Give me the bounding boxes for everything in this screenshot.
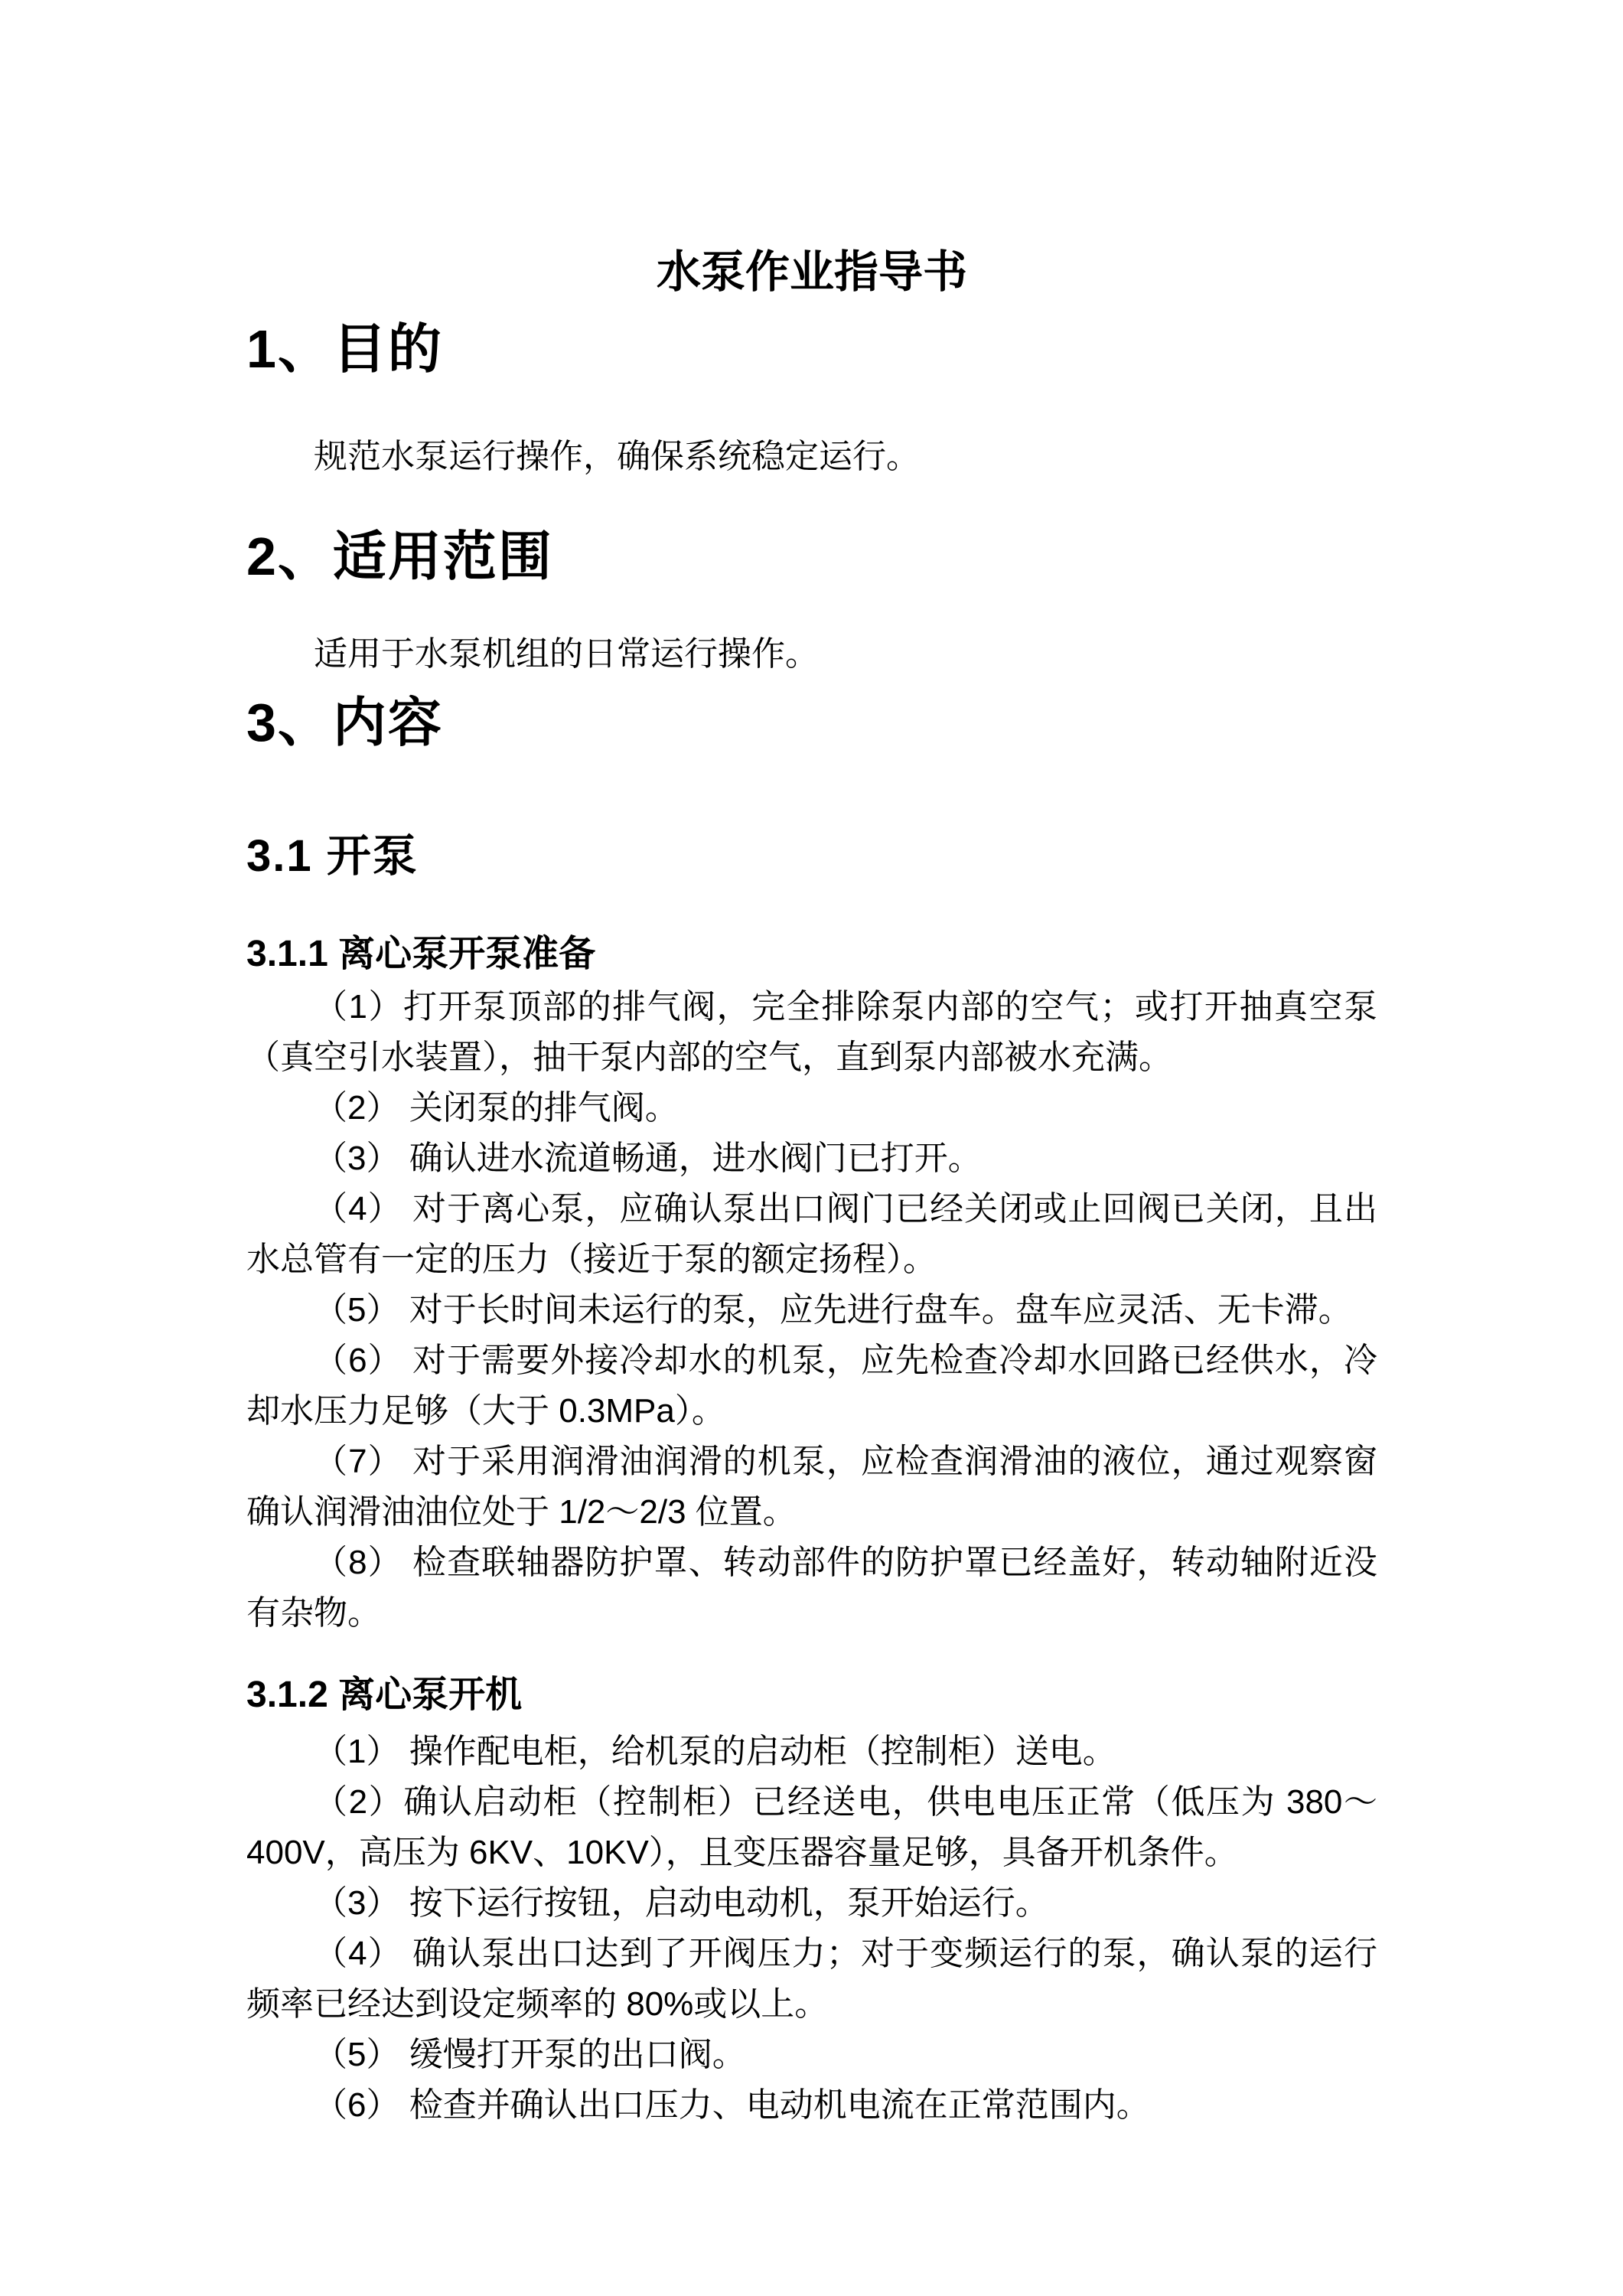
paragraph-scope: 适用于水泵机组的日常运行操作。 — [246, 629, 1377, 680]
list-item-startup-6: （6） 检查并确认出口压力、电动机电流在正常范围内。 — [246, 2080, 1377, 2131]
document-page: 水泵作业指导书 1、目的 规范水泵运行操作，确保系统稳定运行。 2、适用范围 适… — [0, 0, 1623, 2296]
heading-pump-startup: 3.1.2 离心泵开机 — [246, 1671, 1377, 1719]
list-item-startup-2: （2）确认启动柜（控制柜）已经送电，供电电压正常（低压为 380～400V，高压… — [246, 1777, 1377, 1878]
pump-prep-list: （1）打开泵顶部的排气阀，完全排除泵内部的空气；或打开抽真空泵（真空引水装置），… — [246, 982, 1377, 1639]
list-item-startup-5: （5） 缓慢打开泵的出口阀。 — [246, 2030, 1377, 2080]
list-item-prep-8: （8） 检查联轴器防护罩、转动部件的防护罩已经盖好，转动轴附近没有杂物。 — [246, 1538, 1377, 1639]
list-item-prep-7: （7） 对于采用润滑油润滑的机泵，应检查润滑油的液位，通过观察窗确认润滑油油位处… — [246, 1437, 1377, 1538]
list-item-prep-5: （5） 对于长时间未运行的泵，应先进行盘车。盘车应灵活、无卡滞。 — [246, 1285, 1377, 1336]
list-item-prep-1: （1）打开泵顶部的排气阀，完全排除泵内部的空气；或打开抽真空泵（真空引水装置），… — [246, 982, 1377, 1083]
heading-pump-prep: 3.1.1 离心泵开泵准备 — [246, 931, 1377, 978]
list-item-prep-6: （6） 对于需要外接冷却水的机泵，应先检查冷却水回路已经供水，冷却水压力足够（大… — [246, 1336, 1377, 1437]
heading-scope: 2、适用范围 — [246, 523, 1377, 590]
heading-purpose: 1、目的 — [246, 315, 1377, 383]
list-item-prep-2: （2） 关闭泵的排气阀。 — [246, 1083, 1377, 1133]
heading-content: 3、内容 — [246, 689, 1377, 756]
list-item-startup-1: （1） 操作配电柜，给机泵的启动柜（控制柜）送电。 — [246, 1727, 1377, 1777]
document-title: 水泵作业指导书 — [246, 243, 1377, 302]
list-item-prep-3: （3） 确认进水流道畅通，进水阀门已打开。 — [246, 1133, 1377, 1184]
pump-startup-list: （1） 操作配电柜，给机泵的启动柜（控制柜）送电。 （2）确认启动柜（控制柜）已… — [246, 1727, 1377, 2131]
list-item-startup-3: （3） 按下运行按钮，启动电动机，泵开始运行。 — [246, 1878, 1377, 1929]
heading-open-pump: 3.1 开泵 — [246, 828, 1377, 885]
list-item-prep-4: （4） 对于离心泵，应确认泵出口阀门已经关闭或止回阀已关闭，且出水总管有一定的压… — [246, 1184, 1377, 1285]
paragraph-purpose: 规范水泵运行操作，确保系统稳定运行。 — [246, 432, 1377, 482]
list-item-startup-4: （4） 确认泵出口达到了开阀压力；对于变频运行的泵，确认泵的运行频率已经达到设定… — [246, 1929, 1377, 2030]
